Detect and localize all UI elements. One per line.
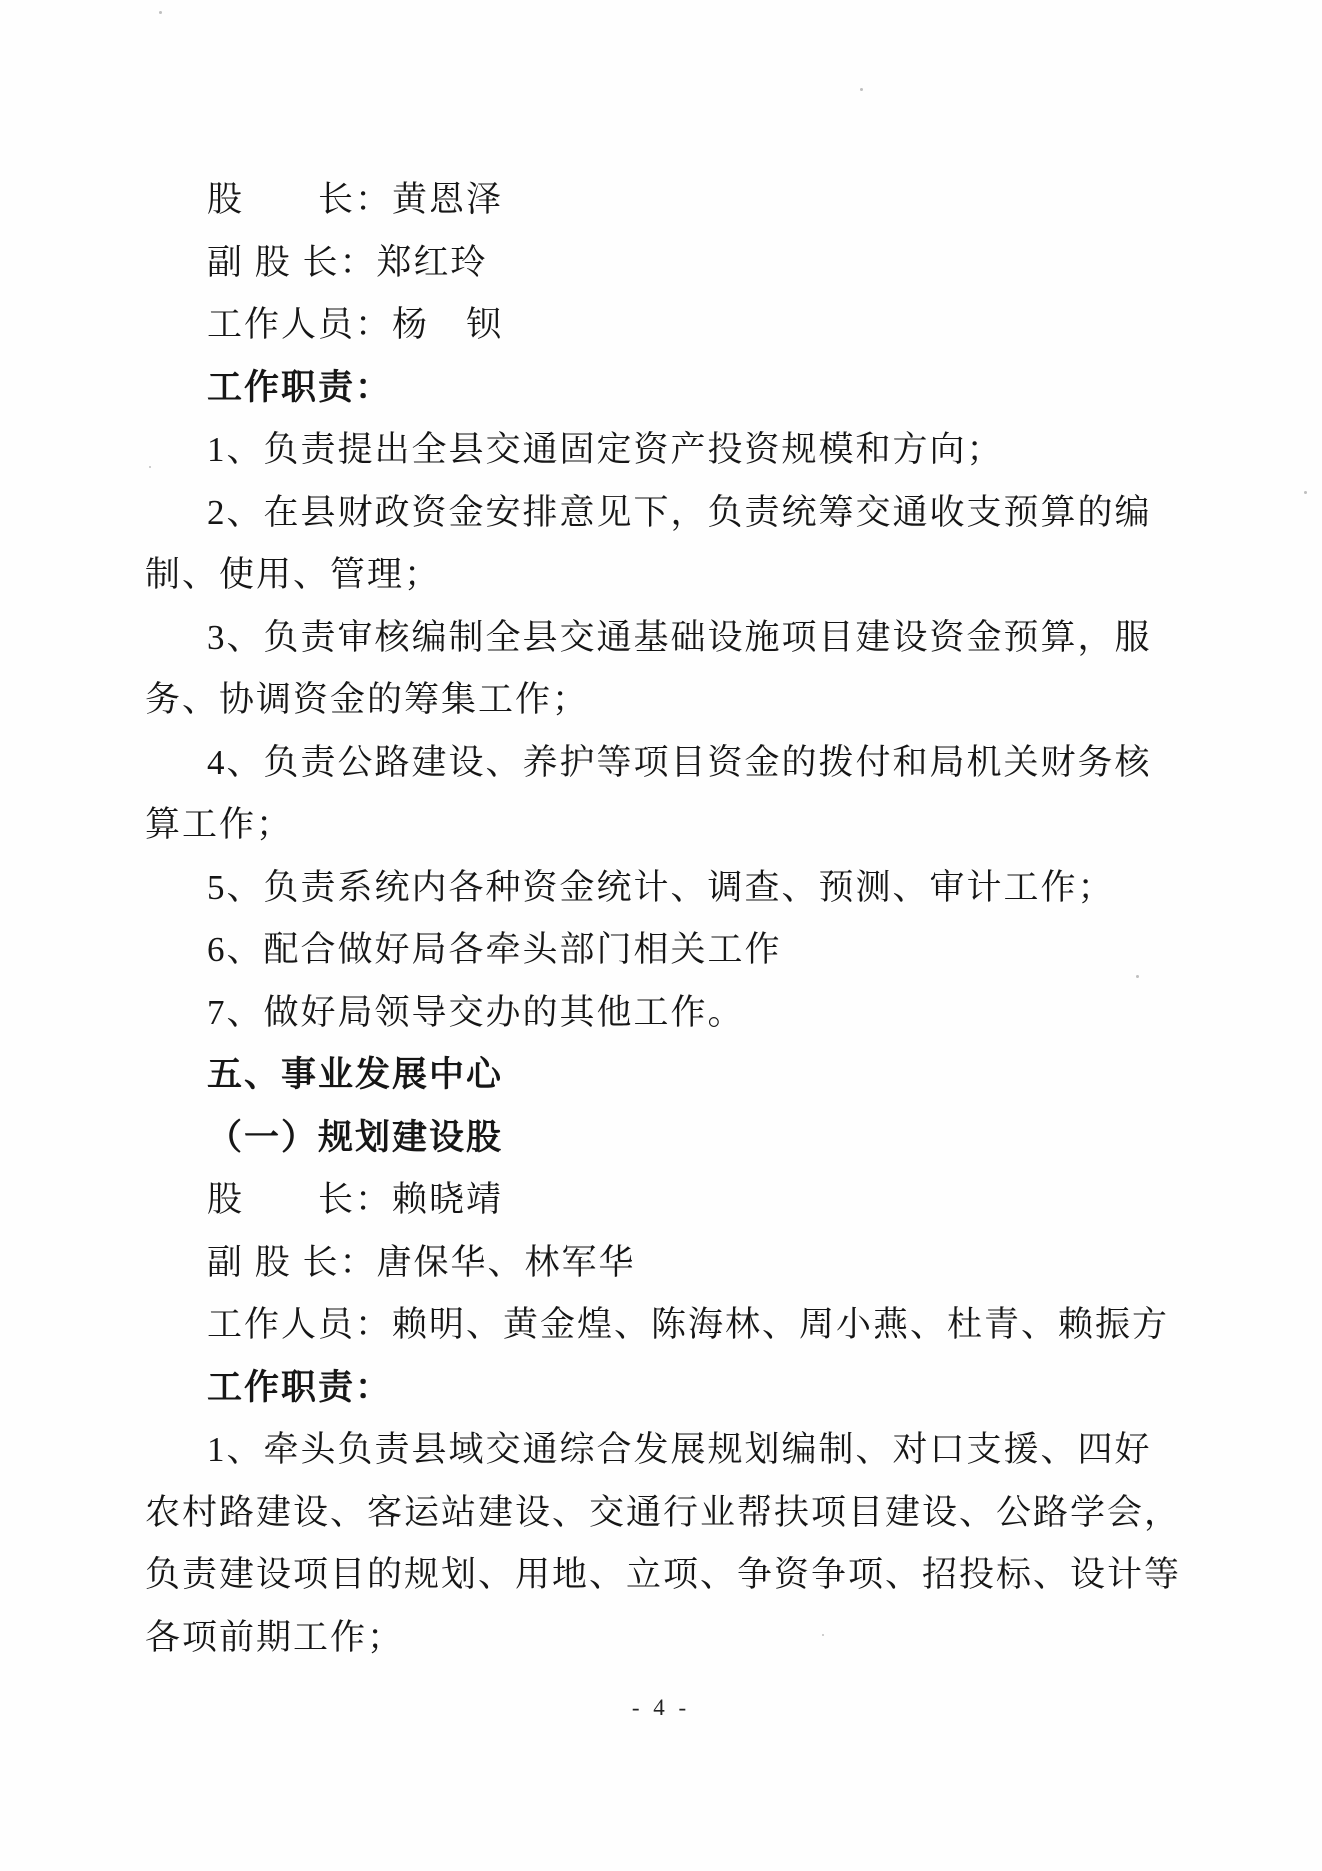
line-staff-2: 工作人员：赖明、黄金煌、陈海林、周小燕、杜青、赖振方	[145, 1294, 1192, 1357]
line-section-chief-2: 股 长：赖晓靖	[145, 1169, 1192, 1232]
duty2-item-1: 1、牵头负责县域交通综合发展规划编制、对口支援、四好	[145, 1419, 1192, 1482]
scan-speck	[860, 88, 863, 91]
duty-item-4: 4、负责公路建设、养护等项目资金的拨付和局机关财务核	[145, 732, 1192, 795]
duty2-item-1-continued-c: 各项前期工作；	[145, 1607, 1192, 1670]
heading-duties: 工作职责：	[145, 357, 1192, 420]
duty2-item-1-continued-a: 农村路建设、客运站建设、交通行业帮扶项目建设、公路学会，	[145, 1482, 1192, 1545]
duty-item-6: 6、配合做好局各牵头部门相关工作	[145, 919, 1192, 982]
document-page: 股 长：黄恩泽 副 股 长：郑红玲 工作人员：杨 钡 工作职责： 1、负责提出全…	[0, 0, 1322, 1871]
scan-speck	[159, 11, 162, 14]
scan-speck	[1136, 975, 1139, 978]
heading-section-5: 五、事业发展中心	[145, 1044, 1192, 1107]
duty-item-7: 7、做好局领导交办的其他工作。	[145, 982, 1192, 1045]
duty2-item-1-continued-b: 负责建设项目的规划、用地、立项、争资争项、招投标、设计等	[145, 1544, 1192, 1607]
line-staff: 工作人员：杨 钡	[145, 294, 1192, 357]
page-number: - 4 -	[0, 1695, 1322, 1721]
duty-item-1: 1、负责提出全县交通固定资产投资规模和方向；	[145, 419, 1192, 482]
scan-speck	[149, 466, 151, 468]
line-section-chief: 股 长：黄恩泽	[145, 169, 1192, 232]
duty-item-2: 2、在县财政资金安排意见下，负责统筹交通收支预算的编	[145, 482, 1192, 545]
heading-subsection-1: （一）规划建设股	[145, 1107, 1192, 1170]
duty-item-3: 3、负责审核编制全县交通基础设施项目建设资金预算，服	[145, 607, 1192, 670]
duty-item-4-continued: 算工作；	[145, 794, 1192, 857]
duty-item-5: 5、负责系统内各种资金统计、调查、预测、审计工作；	[145, 857, 1192, 920]
duty-item-3-continued: 务、协调资金的筹集工作；	[145, 669, 1192, 732]
line-deputy-chief: 副 股 长：郑红玲	[145, 232, 1192, 295]
document-body: 股 长：黄恩泽 副 股 长：郑红玲 工作人员：杨 钡 工作职责： 1、负责提出全…	[145, 169, 1192, 1669]
scan-speck	[1304, 491, 1307, 494]
line-deputy-chief-2: 副 股 长：唐保华、林军华	[145, 1232, 1192, 1295]
scan-speck	[822, 1634, 824, 1636]
duty-item-2-continued: 制、使用、管理；	[145, 544, 1192, 607]
heading-duties-2: 工作职责：	[145, 1357, 1192, 1420]
